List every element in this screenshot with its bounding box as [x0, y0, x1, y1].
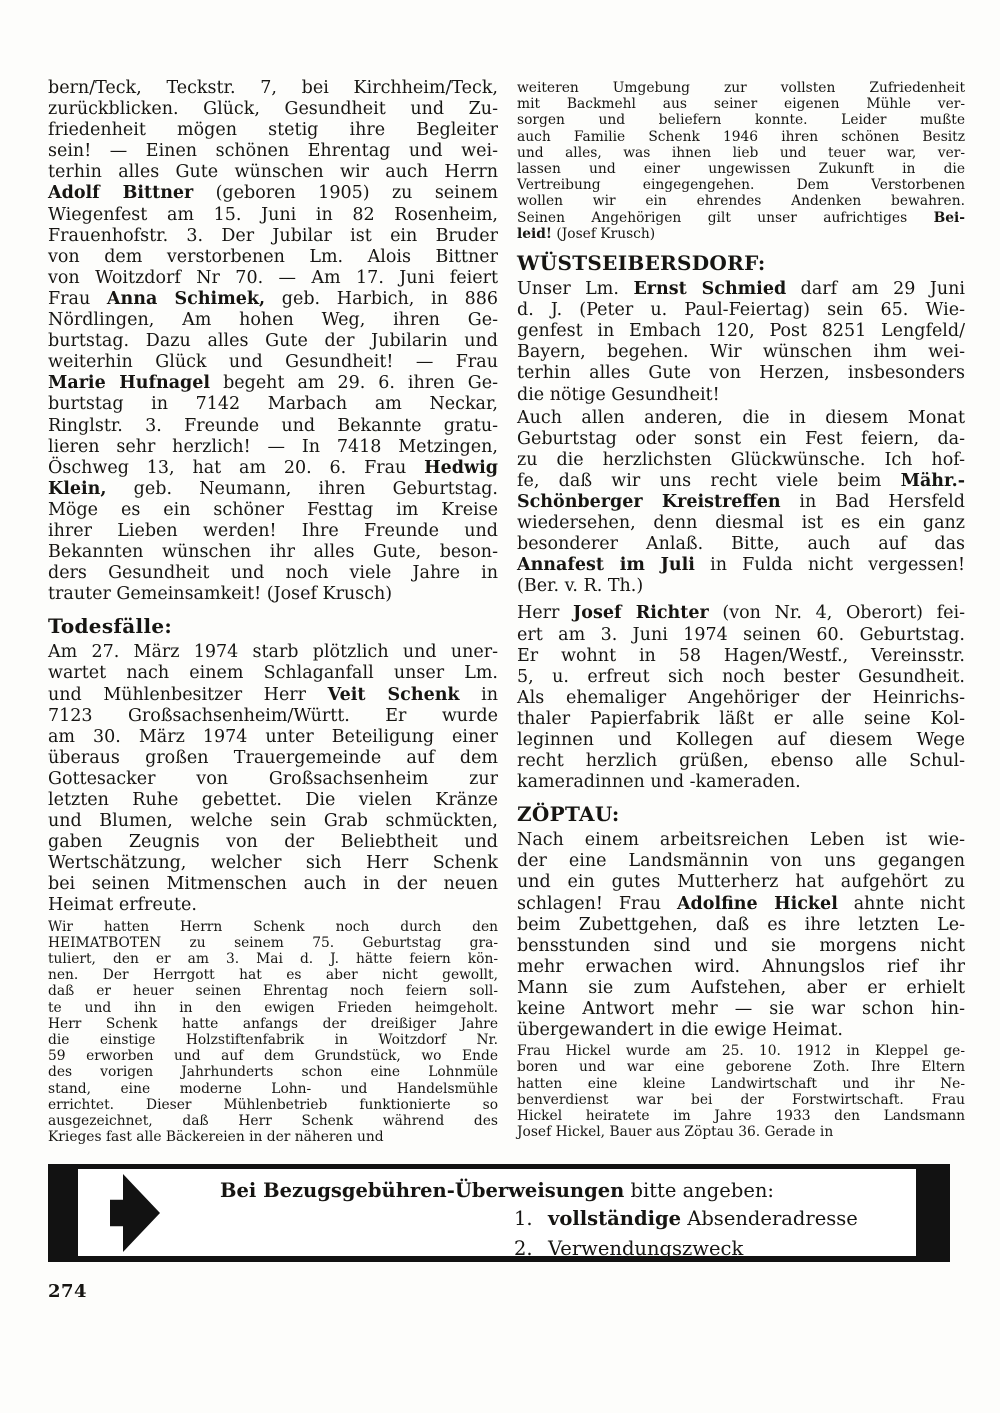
banner-item-number: 1. — [514, 1204, 548, 1234]
text-line: leid! (Josef Krusch) — [517, 226, 965, 242]
text-line: lassen und einer ungewissen Zukunft in d… — [517, 161, 965, 177]
text-line: tuliert, den er am 3. Mai d. J. hätte fe… — [48, 951, 498, 967]
text-line: Klein, geb. Neumann, ihren Geburtstag. — [48, 479, 498, 500]
text-line: Josef Hickel, Bauer aus Zöptau 36. Gerad… — [517, 1124, 965, 1140]
text-line: burtstag in 7142 Marbach am Neckar, — [48, 394, 498, 415]
text-line: genfest in Embach 120, Post 8251 Lengfel… — [517, 321, 965, 342]
text-line: 59 erworben und auf dem Grundstück, wo E… — [48, 1048, 498, 1064]
text-line: Wiegenfest am 15. Juni in 82 Rosenheim, — [48, 205, 498, 226]
hickel-biography-smallprint: Frau Hickel wurde am 25. 10. 1912 in Kle… — [517, 1043, 965, 1140]
text-line: Bekannten wünschen ihr alles Gute, beson… — [48, 542, 498, 563]
text-line: Herr Josef Richter (von Nr. 4, Oberort) … — [517, 603, 965, 624]
text-line: die nötige Gesundheit! — [517, 385, 965, 406]
text-line: Ringlstr. 3. Freunde und Bekannte gratu- — [48, 416, 498, 437]
text-line: 5, u. erfreut sich noch bester Gesundhei… — [517, 667, 965, 688]
text-line: Gottesacker von Großsachsenheim zur — [48, 769, 498, 790]
heading-todesfaelle: Todesfälle: — [48, 614, 498, 638]
text-line: die einstige Holzstiftenfabrik in Woitzd… — [48, 1032, 498, 1048]
left-column: bern/Teck, Teckstr. 7, bei Kirchheim/Tec… — [48, 78, 498, 1145]
text-line: Nach einem arbeitsreichen Leben ist wie- — [517, 830, 965, 851]
text-line: stand, eine moderne Lohn- und Handelsmüh… — [48, 1081, 498, 1097]
text-line: Auch allen anderen, die in diesem Monat — [517, 408, 965, 429]
text-line: bei seinen Mitmenschen auch in der neuen — [48, 874, 498, 895]
text-line: Seinen Angehörigen gilt unser aufrichtig… — [517, 210, 965, 226]
text-line: Er wohnt in 58 Hagen/Westf., Vereinsstr. — [517, 646, 965, 667]
banner-item-number: 2. — [514, 1234, 548, 1264]
text-line: Vertreibung eingegengehen. Dem Verstorbe… — [517, 177, 965, 193]
text-line: (Ber. v. R. Th.) — [517, 576, 965, 597]
auch-allen-paragraph: Auch allen anderen, die in diesem MonatG… — [517, 408, 965, 598]
banner-heading: Bei Bezugsgebühren-Überweisungen bitte a… — [78, 1178, 916, 1204]
birthday-greetings-paragraph: bern/Teck, Teckstr. 7, bei Kirchheim/Tec… — [48, 78, 498, 605]
text-line: bensstunden sind und sie morgens nicht — [517, 936, 965, 957]
text-line: weiteren Umgebung zur vollsten Zufrieden… — [517, 80, 965, 96]
text-line: hatten eine kleine Landwirtschaft und ih… — [517, 1076, 965, 1092]
text-line: zu die herzlichsten Glückwünsche. Ich ho… — [517, 450, 965, 471]
text-line: lieren sehr herzlich! — In 7418 Metzinge… — [48, 437, 498, 458]
text-line: thaler Papierfabrik läßt er alle seine K… — [517, 709, 965, 730]
schenk-obituary-paragraph: Am 27. März 1974 starb plötzlich und une… — [48, 642, 498, 916]
text-line: mehr erwachen wird. Ahnungslos rief ihr — [517, 957, 965, 978]
text-line: besonderer Anlaß. Bitte, auch auf das — [517, 534, 965, 555]
text-line: wartet nach einem Schlaganfall unser Lm. — [48, 663, 498, 684]
schmied-birthday-paragraph: Unser Lm. Ernst Schmied darf am 29 Junid… — [517, 279, 965, 406]
text-line: ihrer Lieben werden! Ihre Freunde und — [48, 521, 498, 542]
text-line: beim Zubettgehen, daß es ihre letzten Le… — [517, 915, 965, 936]
banner-heading-rest: bitte angeben: — [624, 1179, 774, 1202]
text-line: schlagen! Frau Adolfine Hickel ahnte nic… — [517, 894, 965, 915]
page-number: 274 — [48, 1281, 87, 1302]
text-line: Frauenhofstr. 3. Der Jubilar ist ein Bru… — [48, 226, 498, 247]
text-line: und Mühlenbesitzer Herr Veit Schenk in — [48, 685, 498, 706]
banner-right-cap — [916, 1169, 950, 1256]
heading-wuestseibersdorf: WÜSTSEIBERSDORF: — [517, 251, 965, 275]
right-column: weiteren Umgebung zur vollsten Zufrieden… — [517, 78, 965, 1140]
text-line: der eine Landsmännin von uns gegangen — [517, 851, 965, 872]
text-line: te und ihn in den ewigen Frieden heimgeh… — [48, 1000, 498, 1016]
text-line: d. J. (Peter u. Paul-Feiertag) sein 65. … — [517, 300, 965, 321]
text-line: benverdienst war bei der Forstwirtschaft… — [517, 1092, 965, 1108]
text-line: und alles, was ihnen lieb und teuer war,… — [517, 145, 965, 161]
text-line: Bayern, begehen. Wir wünschen ihm wei- — [517, 342, 965, 363]
text-line: Hickel heiratete im Jahre 1933 den Lands… — [517, 1108, 965, 1124]
text-line: Frau Hickel wurde am 25. 10. 1912 in Kle… — [517, 1043, 965, 1059]
text-line: des vorigen Jahrhunderts schon eine Lohn… — [48, 1064, 498, 1080]
richter-paragraph: Herr Josef Richter (von Nr. 4, Oberort) … — [517, 603, 965, 793]
text-line: und Blumen, welche sein Grab schmückten, — [48, 811, 498, 832]
text-line: am 30. März 1974 unter Beteiligung einer — [48, 727, 498, 748]
text-line: Nördlingen, Am hohen Weg, ihren Ge- — [48, 310, 498, 331]
banner-left-cap — [48, 1169, 78, 1256]
subscription-notice-banner: Bei Bezugsgebühren-Überweisungen bitte a… — [48, 1164, 950, 1262]
hickel-obituary-paragraph: Nach einem arbeitsreichen Leben ist wie-… — [517, 830, 965, 1041]
document-page: bern/Teck, Teckstr. 7, bei Kirchheim/Tec… — [0, 0, 1000, 1413]
text-line: Frau Anna Schimek, geb. Harbich, in 886 — [48, 289, 498, 310]
text-line: daß er heuer seinen Ehrentag noch feiern… — [48, 983, 498, 999]
text-line: Als ehemaliger Angehöriger der Heinrichs… — [517, 688, 965, 709]
banner-item-bold: vollständige — [548, 1207, 681, 1230]
banner-item-rest: Absenderadresse — [681, 1207, 858, 1230]
text-line: ert am 3. Juni 1974 seinen 60. Geburtsta… — [517, 625, 965, 646]
text-line: Mann sie zum Aufstehen, aber er erhielt — [517, 978, 965, 999]
text-line: Unser Lm. Ernst Schmied darf am 29 Juni — [517, 279, 965, 300]
text-line: Schönberger Kreistreffen in Bad Hersfeld — [517, 492, 965, 513]
text-line: leginnen und Kollegen auf diesem Wege — [517, 730, 965, 751]
text-line: Marie Hufnagel begeht am 29. 6. ihren Ge… — [48, 373, 498, 394]
text-line: ders Gesundheit und noch viele Jahre in — [48, 563, 498, 584]
banner-item: 2.Verwendungszweck — [514, 1234, 858, 1264]
text-line: Wir hatten Herrn Schenk noch durch den — [48, 919, 498, 935]
text-line: von Woitzdorf Nr 70. — Am 17. Juni feier… — [48, 268, 498, 289]
text-line: fe, daß wir uns recht viele beim Mähr.- — [517, 471, 965, 492]
banner-item: 1.vollständige Absenderadresse — [514, 1204, 858, 1234]
text-line: übergewandert in die ewige Heimat. — [517, 1020, 965, 1041]
text-line: Adolf Bittner (geboren 1905) zu seinem — [48, 183, 498, 204]
text-line: bern/Teck, Teckstr. 7, bei Kirchheim/Tec… — [48, 78, 498, 99]
banner-items: 1.vollständige Absenderadresse2.Verwendu… — [514, 1204, 858, 1264]
text-line: Wertschätzung, welcher sich Herr Schenk — [48, 853, 498, 874]
text-line: Am 27. März 1974 starb plötzlich und une… — [48, 642, 498, 663]
text-line: letzten Ruhe gebettet. Die vielen Kränze — [48, 790, 498, 811]
text-line: Krieges fast alle Bäckereien in der nähe… — [48, 1129, 498, 1145]
text-line: von dem verstorbenen Lm. Alois Bittner — [48, 247, 498, 268]
schenk-biography-smallprint: Wir hatten Herrn Schenk noch durch denHE… — [48, 919, 498, 1146]
schenk-biography-smallprint-continued: weiteren Umgebung zur vollsten Zufrieden… — [517, 80, 965, 242]
text-line: sorgen und beliefern konnte. Leider mußt… — [517, 112, 965, 128]
text-line: Annafest im Juli in Fulda nicht vergesse… — [517, 555, 965, 576]
heading-zoeptau: ZÖPTAU: — [517, 802, 965, 826]
text-line: terhin alles Gute von Herzen, insbesonde… — [517, 363, 965, 384]
text-line: trauter Gemeinsamkeit! (Josef Krusch) — [48, 584, 498, 605]
text-line: wollen wir ein ehrendes Andenken bewahre… — [517, 193, 965, 209]
text-line: errichtet. Dieser Mühlenbetrieb funktion… — [48, 1097, 498, 1113]
text-line: Herr Schenk hatte anfangs der dreißiger … — [48, 1016, 498, 1032]
text-line: boren und war eine geborene Zoth. Ihre E… — [517, 1059, 965, 1075]
text-line: kameradinnen und -kameraden. — [517, 772, 965, 793]
text-line: 7123 Großsachsenheim/Württ. Er wurde — [48, 706, 498, 727]
text-line: keine Antwort mehr — sie war schon hin- — [517, 999, 965, 1020]
text-line: ausgezeichnet, daß Herr Schenk während d… — [48, 1113, 498, 1129]
text-line: friedenheit mögen stetig ihre Begleiter — [48, 120, 498, 141]
text-line: auch Familie Schenk 1946 ihren schönen B… — [517, 129, 965, 145]
text-line: Heimat erfreute. — [48, 895, 498, 916]
text-line: recht herzlich grüßen, ebenso alle Schul… — [517, 751, 965, 772]
text-line: HEIMATBOTEN zu seinem 75. Geburtstag gra… — [48, 935, 498, 951]
text-line: wiedersehen, denn diesmal ist es ein gan… — [517, 513, 965, 534]
text-line: mit Backmehl aus seiner eigenen Mühle ve… — [517, 96, 965, 112]
banner-item-rest: Verwendungszweck — [548, 1237, 743, 1260]
text-line: zurückblicken. Glück, Gesundheit und Zu- — [48, 99, 498, 120]
text-line: sein! — Einen schönen Ehrentag und wei- — [48, 141, 498, 162]
text-line: überaus großen Trauergemeinde auf dem — [48, 748, 498, 769]
text-line: Möge es ein schöner Festtag im Kreise — [48, 500, 498, 521]
text-line: terhin alles Gute wünschen wir auch Herr… — [48, 162, 498, 183]
text-line: gaben Zeugnis von der Beliebtheit und — [48, 832, 498, 853]
banner-heading-bold: Bei Bezugsgebühren-Überweisungen — [220, 1179, 624, 1202]
text-line: burtstag. Dazu alles Gute der Jubilarin … — [48, 331, 498, 352]
text-line: Öschweg 13, hat am 20. 6. Frau Hedwig — [48, 458, 498, 479]
text-line: weiterhin Glück und Gesundheit! — Frau — [48, 352, 498, 373]
text-line: und ein gutes Mutterherz hat aufgehört z… — [517, 872, 965, 893]
text-line: Geburtstag oder sonst ein Fest feiern, d… — [517, 429, 965, 450]
text-line: nen. Der Herrgott hat es aber nicht gewo… — [48, 967, 498, 983]
